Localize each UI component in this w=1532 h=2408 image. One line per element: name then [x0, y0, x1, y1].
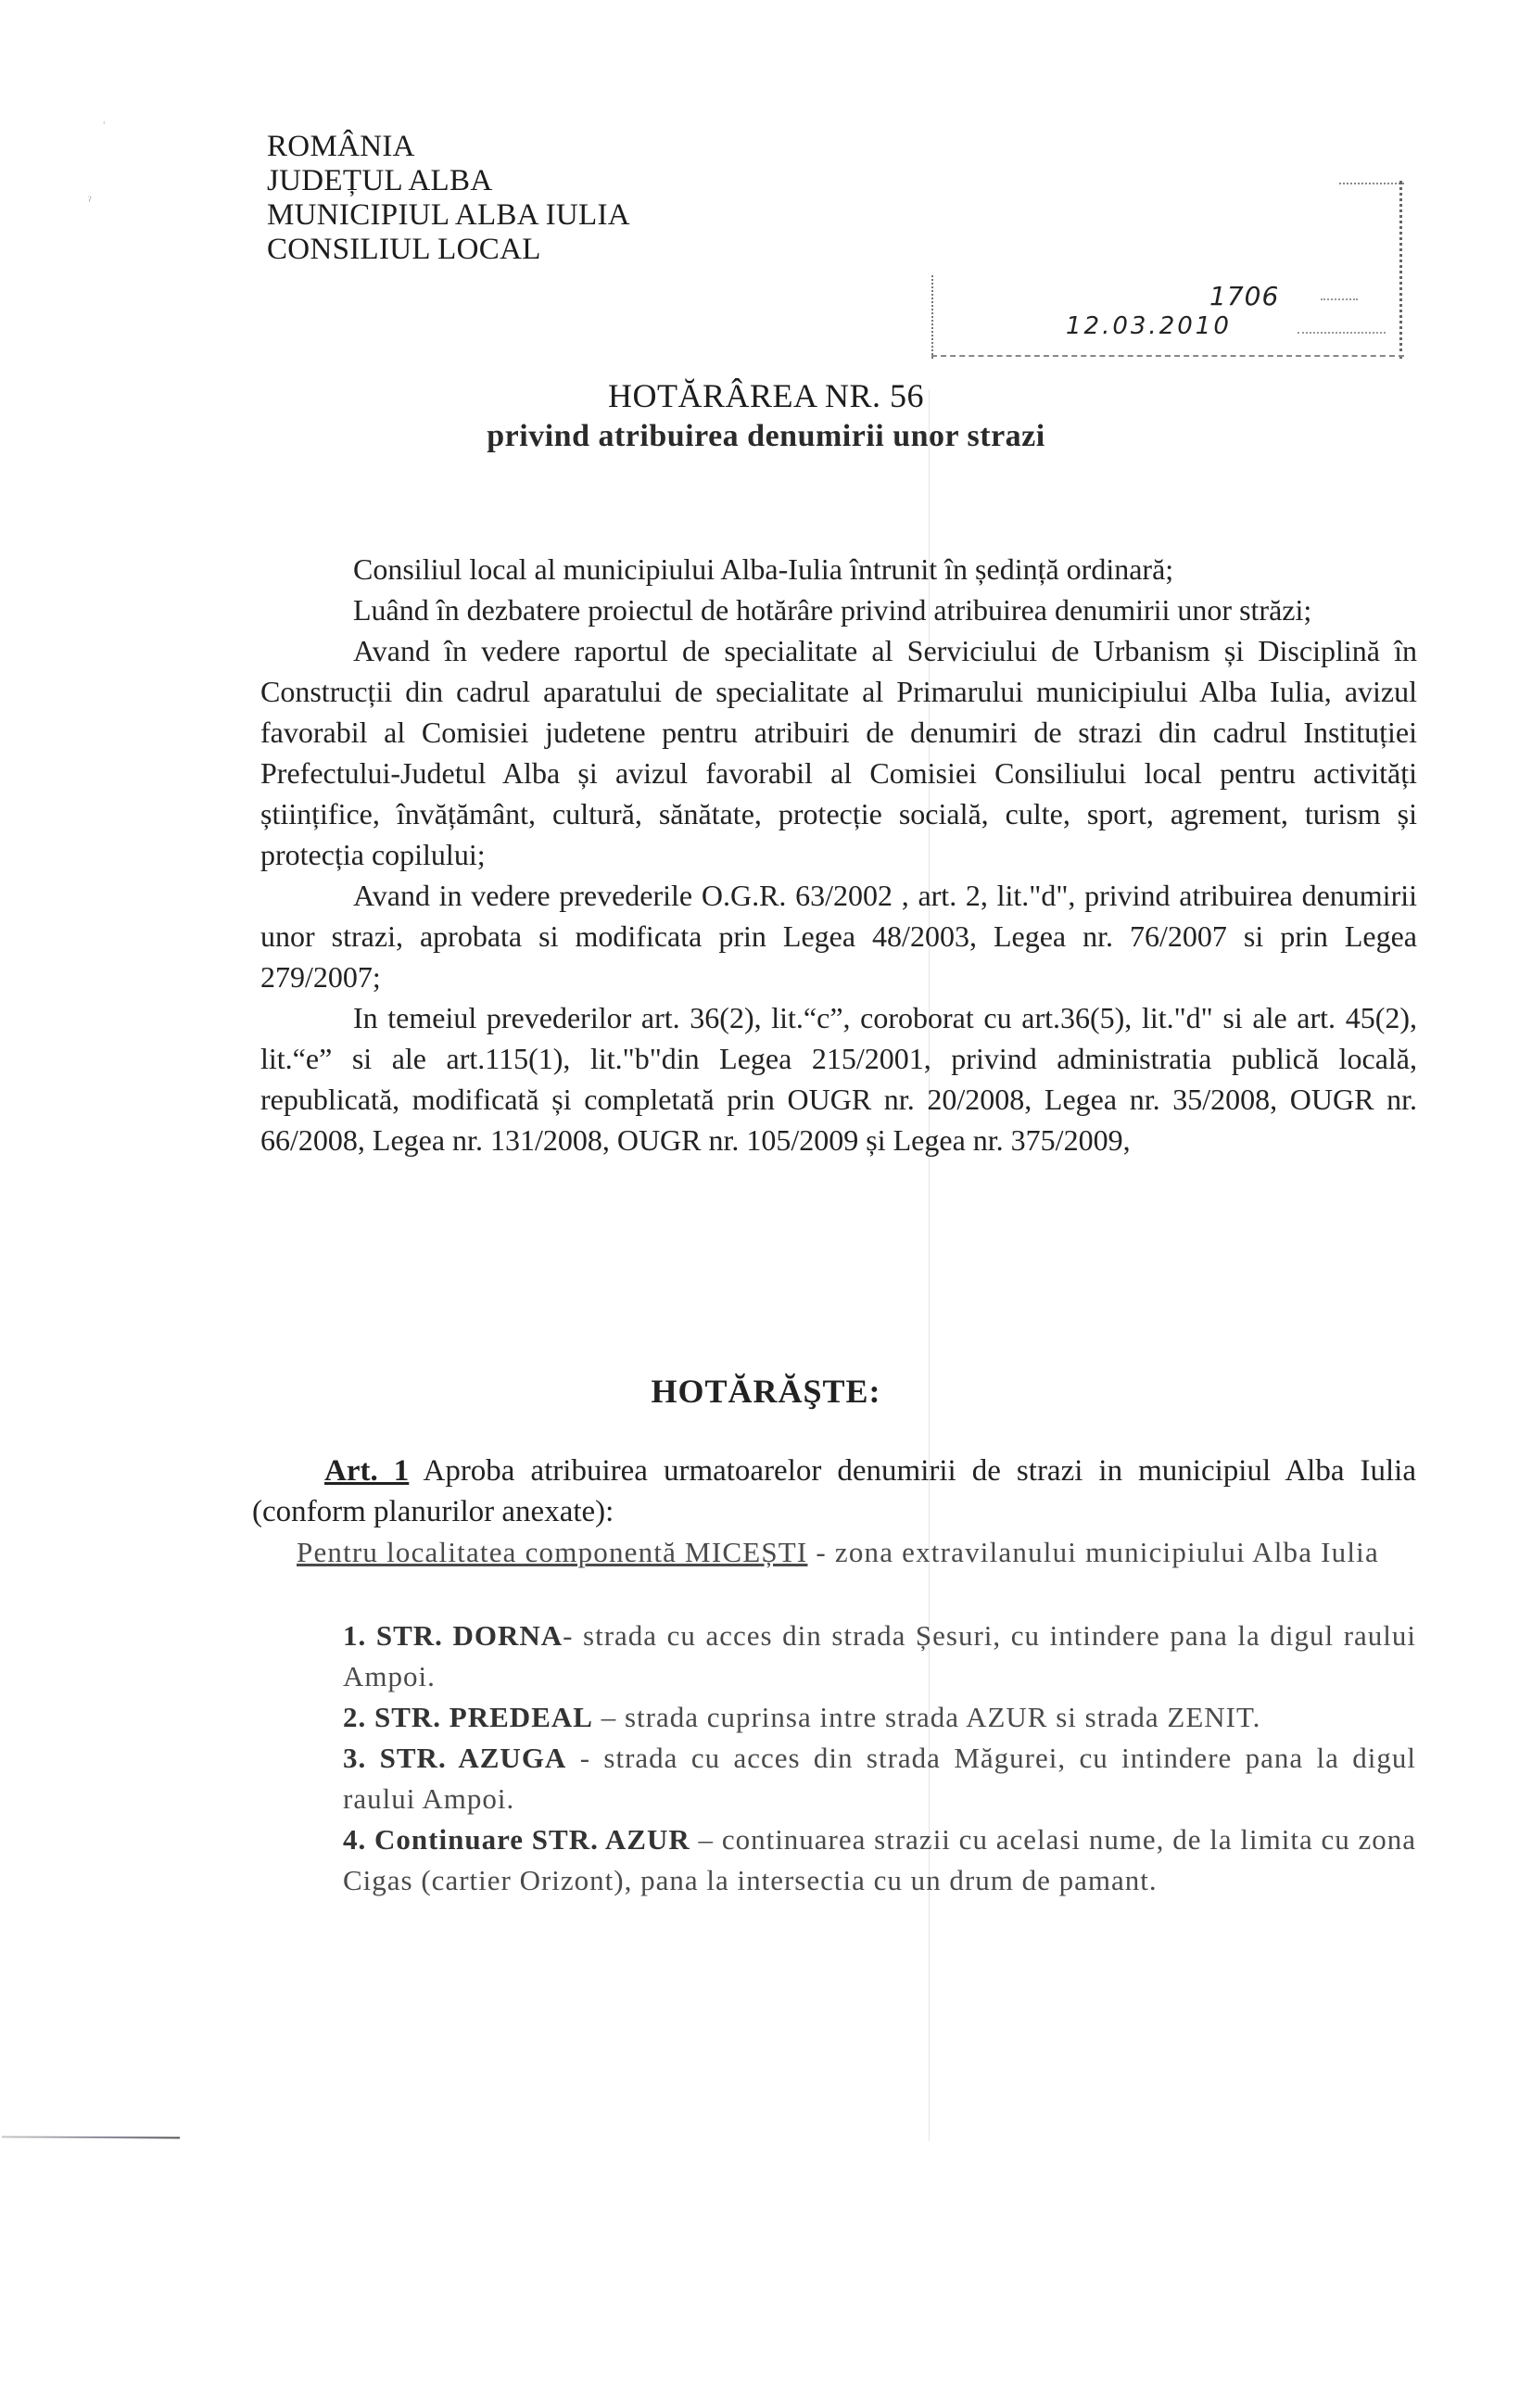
street-number: 4.: [343, 1823, 366, 1856]
preamble-paragraph: Luând în dezbatere proiectul de hotărâre…: [260, 589, 1417, 630]
stamp-dotted-field: [1298, 332, 1386, 334]
preamble-paragraph: In temeiul prevederilor art. 36(2), lit.…: [260, 997, 1417, 1160]
preamble-paragraph: Avand in vedere prevederile O.G.R. 63/20…: [260, 875, 1417, 997]
header-municipality: MUNICIPIUL ALBA IULIA: [267, 198, 630, 233]
article-1: Art. 1 Aproba atribuirea urmatoarelor de…: [252, 1451, 1416, 1532]
locality-zone: - zona extravilanului municipiului Alba …: [816, 1536, 1379, 1568]
street-item: 3. STR. AZUGA - strada cu acces din stra…: [343, 1738, 1416, 1819]
street-item: 1. STR. DORNA- strada cu acces din strad…: [343, 1616, 1416, 1697]
street-name: STR. AZUGA: [380, 1742, 567, 1774]
article-text: Aproba atribuirea urmatoarelor denumirii…: [252, 1454, 1416, 1528]
stamp-border: [931, 355, 1404, 359]
street-number: 1.: [343, 1619, 366, 1652]
registration-number: 1706: [1209, 281, 1279, 311]
street-name: Continuare STR. AZUR: [374, 1823, 690, 1856]
decision-heading: HOTĂRĂŞTE:: [0, 1372, 1532, 1411]
stamp-border: [1339, 183, 1404, 184]
street-name: STR. PREDEAL: [374, 1701, 593, 1733]
street-number: 3.: [343, 1742, 366, 1774]
scan-artifact-line: [2, 2136, 180, 2138]
stamp-dotted-field: [1321, 298, 1358, 300]
registration-date: 12.03.2010: [1066, 312, 1232, 340]
article-label: Art. 1: [324, 1454, 409, 1488]
street-number: 2.: [343, 1701, 366, 1733]
decision-subject: privind atribuirea denumirii unor strazi: [0, 416, 1532, 457]
locality-section: Pentru localitatea componentă MICEȘTI - …: [297, 1532, 1416, 1573]
document-title: HOTĂRÂREA NR. 56 privind atribuirea denu…: [0, 375, 1532, 457]
decision-number: HOTĂRÂREA NR. 56: [0, 375, 1532, 416]
stamp-border: [1399, 181, 1404, 359]
preamble-paragraph: Consiliul local al municipiului Alba-Iul…: [260, 549, 1417, 589]
header-county: JUDEȚUL ALBA: [267, 164, 630, 198]
street-name: STR. DORNA: [376, 1619, 563, 1652]
street-description: – strada cuprinsa intre strada AZUR si s…: [601, 1701, 1261, 1733]
street-item: 2. STR. PREDEAL – strada cuprinsa intre …: [343, 1697, 1416, 1738]
street-list: 1. STR. DORNA- strada cu acces din strad…: [343, 1616, 1416, 1901]
preamble-paragraph: Avand în vedere raportul de specialitate…: [260, 630, 1417, 875]
registration-stamp: 1706 12.03.2010: [931, 181, 1404, 359]
street-item: 4. Continuare STR. AZUR – continuarea st…: [343, 1819, 1416, 1901]
header-country: ROMÂNIA: [267, 130, 630, 164]
issuer-header: ROMÂNIA JUDEȚUL ALBA MUNICIPIUL ALBA IUL…: [267, 130, 630, 267]
locality-name: Pentru localitatea componentă MICEȘTI: [297, 1536, 807, 1568]
preamble: Consiliul local al municipiului Alba-Iul…: [260, 549, 1417, 1160]
header-council: CONSILIUL LOCAL: [267, 233, 630, 267]
margin-speck: ˀ: [88, 195, 91, 209]
stamp-border: [931, 275, 935, 359]
margin-speck: ʿ: [102, 120, 107, 135]
